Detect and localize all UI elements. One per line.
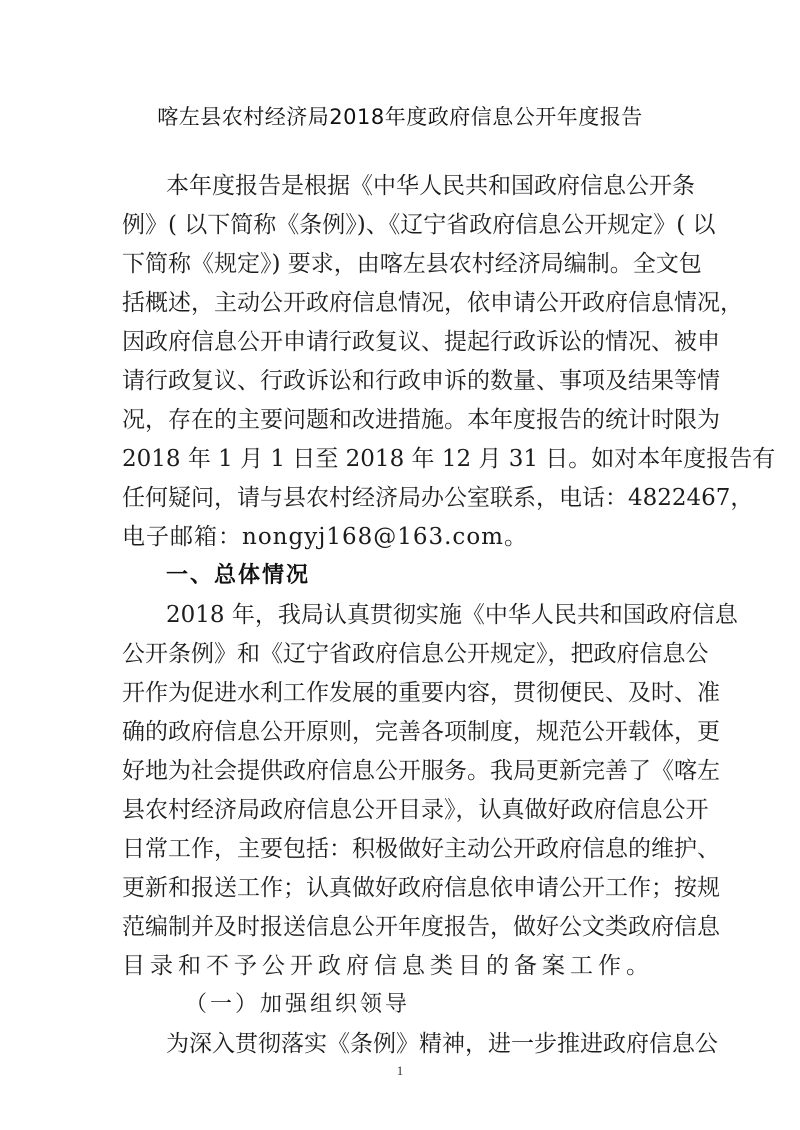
paragraph-line: 开作为促进水利工作发展的重要内容，贯彻便民、及时、准 [122,677,682,709]
paragraph-line: 确的政府信息公开原则，完善各项制度，规范公开载体，更 [122,716,682,748]
paragraph-line: 因政府信息公开申请行政复议、提起行政诉讼的情况、被申 [122,326,682,358]
document-title: 喀左县农村经济局2018年度政府信息公开年度报告 [0,101,800,131]
page-number: 1 [0,1063,800,1079]
subsection-heading: （一）加强组织领导 [185,989,410,1021]
section-heading: 一、总体情况 [166,560,310,592]
paragraph-line: 县农村经济局政府信息公开目录》，认真做好政府信息公开 [122,794,682,826]
paragraph-line: 为深入贯彻落实《条例》精神，进一步推进政府信息公 [166,1028,682,1060]
paragraph-line: 公开条例》和《辽宁省政府信息公开规定》，把政府信息公 [122,638,682,670]
paragraph-line: 范编制并及时报送信息公开年度报告，做好公文类政府信息 [122,911,682,943]
paragraph-line: 目录和不予公开政府信息类目的备案工作。 [122,950,682,982]
paragraph-line: 下简称《规定》) 要求，由喀左县农村经济局编制。全文包 [122,248,682,280]
paragraph-line: 更新和报送工作；认真做好政府信息依申请公开工作；按规 [122,872,682,904]
paragraph-line: 电子邮箱：nongyj168@163.com。 [122,521,682,553]
paragraph-line: 请行政复议、行政诉讼和行政申诉的数量、事项及结果等情 [122,365,682,397]
paragraph-line: 好地为社会提供政府信息公开服务。我局更新完善了《喀左 [122,755,682,787]
document-page: 喀左县农村经济局2018年度政府信息公开年度报告 本年度报告是根据《中华人民共和… [0,0,800,1130]
paragraph-line: 本年度报告是根据《中华人民共和国政府信息公开条 [166,170,682,202]
paragraph-line: 2018 年，我局认真贯彻实施《中华人民共和国政府信息 [166,599,682,631]
paragraph-line: 2018 年 1 月 1 日至 2018 年 12 月 31 日。如对本年度报告… [122,443,682,475]
paragraph-line: 例》( 以下简称《条例》)、《辽宁省政府信息公开规定》( 以 [122,209,682,241]
paragraph-line: 日常工作，主要包括：积极做好主动公开政府信息的维护、 [122,833,682,865]
paragraph-line: 况，存在的主要问题和改进措施。本年度报告的统计时限为 [122,404,682,436]
paragraph-line: 任何疑问，请与县农村经济局办公室联系，电话：4822467， [122,482,682,514]
paragraph-line: 括概述，主动公开政府信息情况，依申请公开政府信息情况， [122,287,682,319]
